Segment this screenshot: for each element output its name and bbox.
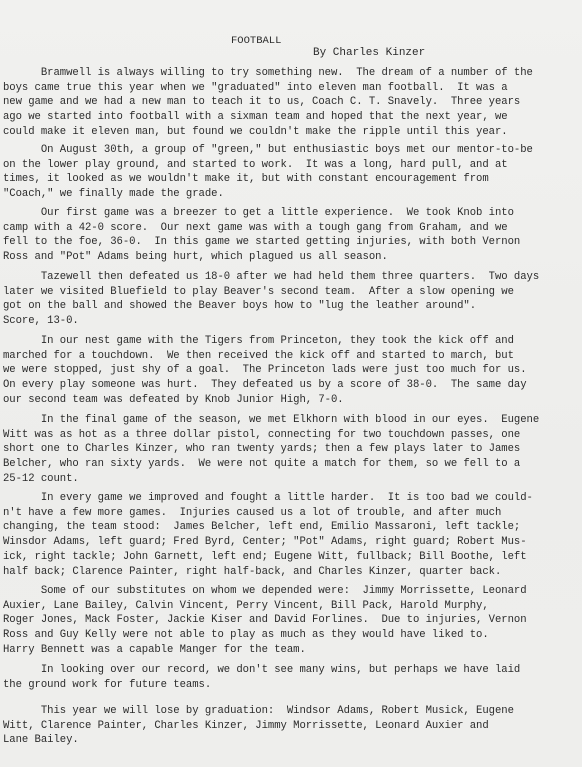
text-line: boys came true this year when we "gradua… [3,81,581,96]
text-line: got on the ball and showed the Beaver bo… [3,299,581,314]
text-line: In our nest game with the Tigers from Pr… [3,334,581,349]
page-title: FOOTBALL [231,35,281,47]
text-line: Auxier, Lane Bailey, Calvin Vincent, Per… [3,599,581,614]
text-line: Bramwell is always willing to try someth… [3,66,581,81]
text-line: Score, 13-0. [3,314,581,329]
text-line: we were stopped, just shy of a goal. The… [3,363,581,378]
text-line: ago we started into football with a sixm… [3,110,581,125]
text-line: In the final game of the season, we met … [3,413,581,428]
text-line: Witt was as hot as a three dollar pistol… [3,428,581,443]
text-line: new game and we had a new man to teach i… [3,95,581,110]
text-line: the ground work for future teams. [3,678,581,693]
text-line: Winsdor Adams, left guard; Fred Byrd, Ce… [3,535,581,550]
typewritten-page: FOOTBALL By Charles Kinzer Bramwell is a… [0,0,582,767]
text-line: This year we will lose by graduation: Wi… [3,704,581,719]
paragraph-team-lineup: In every game we improved and fought a l… [3,491,581,579]
text-line: On August 30th, a group of "green," but … [3,143,581,158]
text-line: Ross and Guy Kelly were not able to play… [3,628,581,643]
paragraph-record: In looking over our record, we don't see… [3,663,581,692]
paragraph-first-games: Our first game was a breezer to get a li… [3,206,581,265]
text-line: On every play someone was hurt. They def… [3,378,581,393]
text-line: Roger Jones, Mack Foster, Jackie Kiser a… [3,613,581,628]
paragraph-new-eleven-man: Bramwell is always willing to try someth… [3,66,581,140]
text-line: times, it looked as we wouldn't make it,… [3,172,581,187]
text-line: short one to Charles Kinzer, who ran twe… [3,442,581,457]
text-line: could make it eleven man, but found we c… [3,125,581,140]
paragraph-elkhorn: In the final game of the season, we met … [3,413,581,487]
paragraph-tazewell-bluefield: Tazewell then defeated us 18-0 after we … [3,270,581,329]
paragraph-august-practice: On August 30th, a group of "green," but … [3,143,581,202]
text-line: "Coach," we finally made the grade. [3,187,581,202]
text-line: ick, right tackle; John Garnett, left en… [3,550,581,565]
text-line: n't have a few more games. Injuries caus… [3,506,581,521]
text-line: camp with a 42-0 score. Our next game wa… [3,221,581,236]
text-line: Ross and "Pot" Adams being hurt, which p… [3,250,581,265]
paragraph-substitutes: Some of our substitutes on whom we depen… [3,584,581,658]
text-line: Some of our substitutes on whom we depen… [3,584,581,599]
paragraph-princeton: In our nest game with the Tigers from Pr… [3,334,581,408]
text-line: later we visited Bluefield to play Beave… [3,285,581,300]
text-line: Tazewell then defeated us 18-0 after we … [3,270,581,285]
text-line: fell to the foe, 36-0. In this game we s… [3,235,581,250]
text-line: Belcher, who ran sixty yards. We were no… [3,457,581,472]
text-line: 25-12 count. [3,472,581,487]
text-line: Witt, Clarence Painter, Charles Kinzer, … [3,719,581,734]
author-byline: By Charles Kinzer [313,47,425,59]
text-line: changing, the team stood: James Belcher,… [3,520,581,535]
paragraph-graduation: This year we will lose by graduation: Wi… [3,704,581,748]
text-line: Our first game was a breezer to get a li… [3,206,581,221]
text-line: In looking over our record, we don't see… [3,663,581,678]
text-line: half back; Clarence Painter, right half-… [3,565,581,580]
text-line: In every game we improved and fought a l… [3,491,581,506]
text-line: Lane Bailey. [3,733,581,748]
text-line: marched for a touchdown. We then receive… [3,349,581,364]
text-line: on the lower play ground, and started to… [3,158,581,173]
text-line: Harry Bennett was a capable Manger for t… [3,643,581,658]
text-line: our second team was defeated by Knob Jun… [3,393,581,408]
